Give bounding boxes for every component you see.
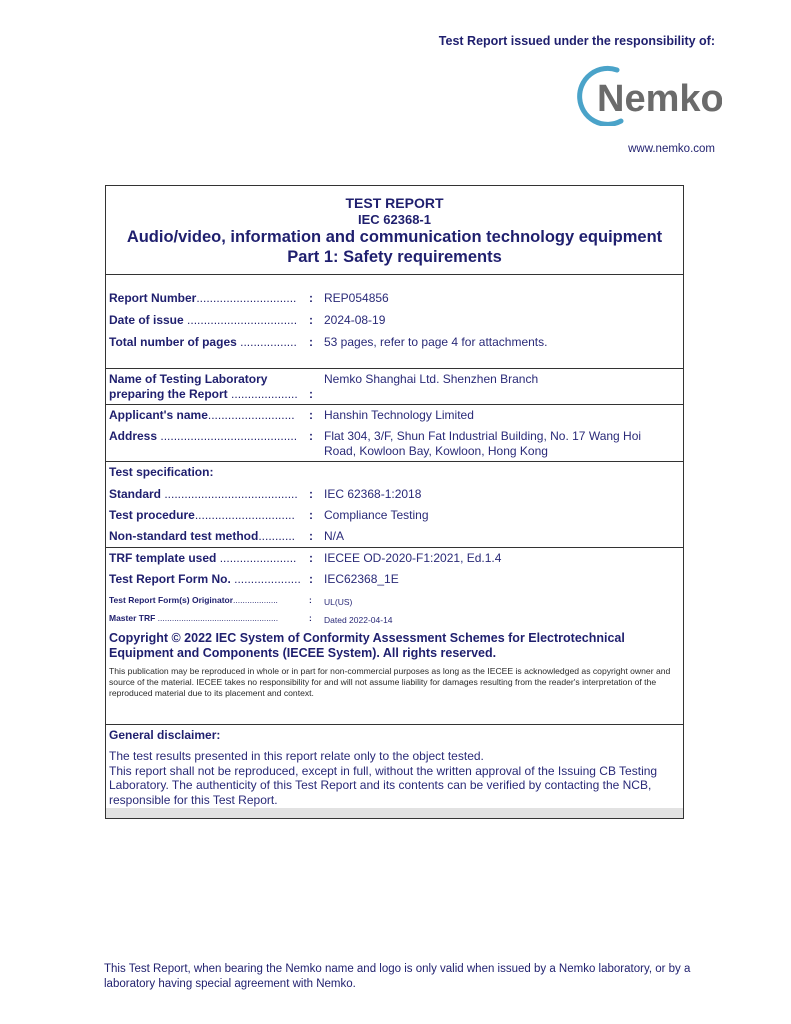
grey-bottom-band	[106, 808, 683, 818]
colon: :	[309, 613, 312, 623]
report-type-title: TEST REPORT	[106, 195, 683, 211]
test-report-form-value: IEC62368_1E	[324, 572, 673, 587]
colon: :	[309, 291, 313, 305]
copyright-statement: Copyright © 2022 IEC System of Conformit…	[109, 631, 679, 661]
colon: :	[309, 595, 312, 605]
reproduction-notice: This publication may be reproduced in wh…	[109, 666, 679, 699]
test-procedure-label: Test procedure..........................…	[109, 508, 321, 522]
non-standard-method-value: N/A	[324, 529, 673, 544]
report-info-section: Report Number...........................…	[106, 274, 683, 369]
test-report-form-label: Test Report Form No. ...................…	[109, 572, 321, 586]
test-procedure-value: Compliance Testing	[324, 508, 673, 523]
report-box: TEST REPORT IEC 62368-1 Audio/video, inf…	[105, 185, 684, 819]
applicant-name-label: Applicant's name........................…	[109, 408, 321, 422]
non-standard-method-label: Non-standard test method...........	[109, 529, 321, 543]
standard-label: Standard ...............................…	[109, 487, 321, 501]
originator-value: UL(US)	[324, 595, 673, 610]
disclaimer-line-1: The test results presented in this repor…	[109, 749, 679, 764]
disclaimer-line-2: This report shall not be reproduced, exc…	[109, 764, 679, 808]
colon: :	[309, 508, 313, 522]
logo-wordmark: Nemko	[597, 78, 722, 120]
report-number-value: REP054856	[324, 291, 673, 306]
equipment-title: Audio/video, information and communicati…	[106, 228, 683, 247]
laboratory-value: Nemko Shanghai Ltd. Shenzhen Branch	[324, 372, 673, 387]
test-specification-section: Test specification: Standard ...........…	[106, 461, 683, 548]
standard-title: IEC 62368-1	[106, 212, 683, 227]
date-of-issue-value: 2024-08-19	[324, 313, 673, 328]
master-trf-label: Master TRF .............................…	[109, 613, 321, 623]
issued-under-text: Test Report issued under the responsibil…	[439, 34, 715, 48]
colon: :	[309, 429, 313, 443]
colon: :	[309, 487, 313, 501]
website-link[interactable]: www.nemko.com	[628, 143, 715, 155]
test-specification-heading: Test specification:	[109, 465, 321, 479]
nemko-ring-logo-icon: Nemko	[577, 64, 722, 126]
laboratory-label: Name of Testing Laboratory preparing the…	[109, 372, 321, 402]
report-number-label: Report Number...........................…	[109, 291, 321, 305]
title-block: TEST REPORT IEC 62368-1 Audio/video, inf…	[106, 186, 683, 275]
address-value: Flat 304, 3/F, Shun Fat Industrial Build…	[324, 429, 673, 459]
colon: :	[309, 572, 313, 586]
applicant-section: Applicant's name........................…	[106, 404, 683, 462]
colon: :	[309, 408, 313, 422]
standard-value: IEC 62368-1:2018	[324, 487, 673, 502]
master-trf-value: Dated 2022-04-14	[324, 613, 673, 628]
footer-validity-note: This Test Report, when bearing the Nemko…	[104, 962, 704, 991]
date-of-issue-label: Date of issue ..........................…	[109, 313, 321, 327]
total-pages-label: Total number of pages .................	[109, 335, 321, 349]
total-pages-value: 53 pages, refer to page 4 for attachment…	[324, 335, 673, 350]
trf-section: TRF template used ......................…	[106, 547, 683, 725]
colon: :	[309, 313, 313, 327]
colon: :	[309, 529, 313, 543]
nemko-logo: Nemko	[577, 64, 722, 126]
disclaimer-text: The test results presented in this repor…	[109, 749, 679, 807]
laboratory-section: Name of Testing Laboratory preparing the…	[106, 368, 683, 405]
originator-label: Test Report Form(s) Originator..........…	[109, 595, 321, 605]
address-label: Address ................................…	[109, 429, 321, 443]
applicant-name-value: Hanshin Technology Limited	[324, 408, 673, 423]
colon: :	[309, 335, 313, 349]
part-title: Part 1: Safety requirements	[106, 248, 683, 267]
trf-template-value: IECEE OD-2020-F1:2021, Ed.1.4	[324, 551, 673, 566]
colon: :	[309, 387, 313, 401]
colon: :	[309, 551, 313, 565]
disclaimer-heading: General disclaimer:	[109, 728, 220, 742]
trf-template-label: TRF template used ......................…	[109, 551, 321, 565]
disclaimer-section: General disclaimer: The test results pre…	[106, 724, 683, 809]
